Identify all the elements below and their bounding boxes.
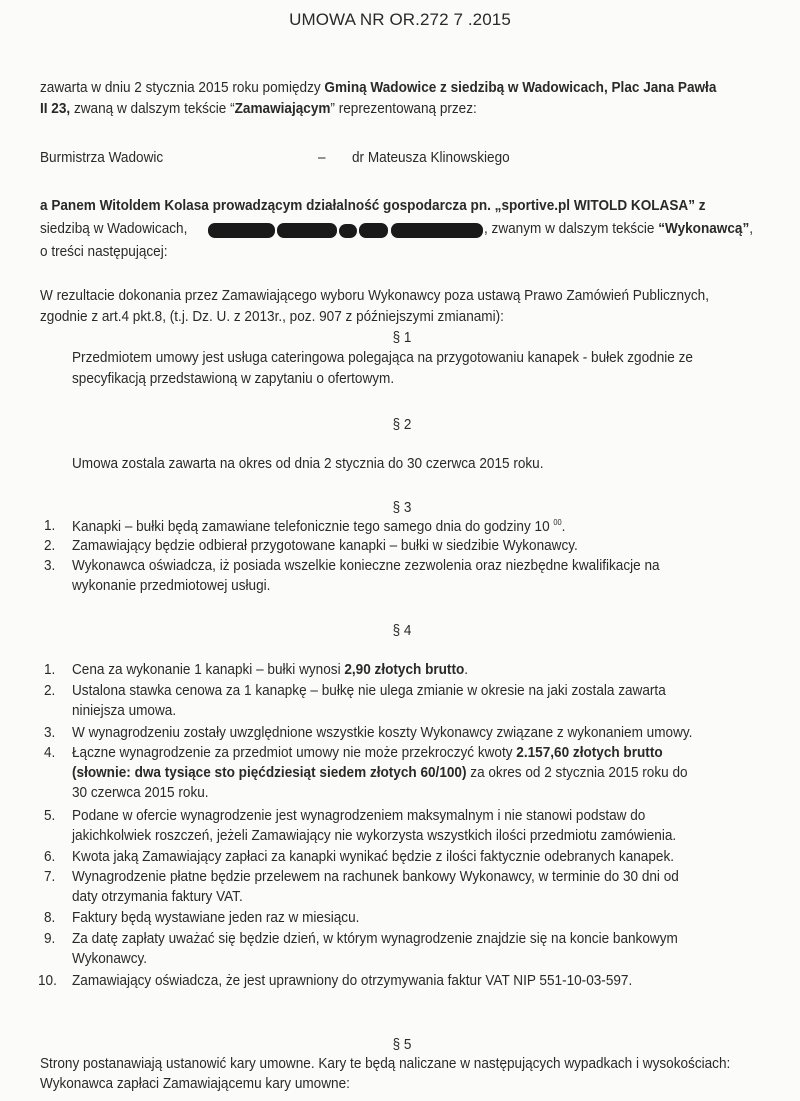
intro-line-1: zawarta w dniu 2 stycznia 2015 roku pomi… (40, 80, 716, 96)
section-4-item-4-cont: (słownie: dwa tysiące sto pięćdziesiąt s… (72, 765, 688, 781)
list-number: 2. (44, 538, 55, 554)
list-number: 1. (44, 518, 55, 534)
section-4-item-4: Łączne wynagrodzenie za przedmiot umowy … (72, 745, 663, 761)
contractor-text: , zwanym w dalszym tekście (484, 221, 658, 237)
section-5-line: Wykonawca zapłaci Zamawiającemu kary umo… (40, 1076, 350, 1092)
section-5-heading: § 5 (375, 1036, 429, 1053)
section-4-item-7-cont: daty otrzymania faktury VAT. (72, 889, 243, 905)
list-number: 6. (44, 849, 55, 865)
list-number: 3. (44, 725, 55, 741)
list-number: 9. (44, 931, 55, 947)
preamble-line-1: W rezultacie dokonania przez Zamawiające… (40, 288, 709, 304)
section-4-item-1: Cena za wykonanie 1 kanapki – bułki wyno… (72, 662, 468, 678)
section-1-heading: § 1 (375, 329, 429, 346)
list-number: 3. (44, 558, 55, 574)
list-number: 7. (44, 869, 55, 885)
section-4-item-9: Za datę zapłaty uważać się będzie dzień,… (72, 931, 678, 947)
representative-name: dr Mateusza Klinowskiego (352, 150, 510, 166)
list-number: 2. (44, 683, 55, 699)
section-3-item-3: Wykonawca oświadcza, iż posiada wszelkie… (72, 558, 660, 574)
redaction-block (359, 223, 388, 238)
section-2-text: Umowa zostala zawarta na okres od dnia 2… (72, 456, 544, 472)
section-4-item-4-cont: 30 czerwca 2015 roku. (72, 785, 209, 801)
section-1-line: Przedmiotem umowy jest usługa cateringow… (72, 350, 693, 366)
list-number: 4. (44, 745, 55, 761)
intro-text: ” reprezentowaną przez: (330, 101, 476, 117)
party-term-ordering: Zamawiającym (235, 101, 331, 117)
section-4-item-8: Faktury będą wystawiane jeden raz w mies… (72, 910, 359, 926)
list-number: 8. (44, 910, 55, 926)
unit-price: 2,90 złotych brutto (344, 662, 464, 678)
superscript: 00 (553, 518, 561, 527)
punctuation: , (749, 221, 753, 237)
redaction-block (208, 223, 275, 238)
item-text: Łączne wynagrodzenie za przedmiot umowy … (72, 745, 516, 761)
redaction-block (277, 223, 337, 238)
municipality-name: Gminą Wadowice z siedzibą w Wadowicach, … (324, 80, 716, 96)
total-amount: 2.157,60 złotych brutto (516, 745, 662, 761)
section-4-item-5: Podane w ofercie wynagrodzenie jest wyna… (72, 808, 645, 824)
section-4-item-6: Kwota jaką Zamawiający zapłaci za kanapk… (72, 849, 674, 865)
section-3-item-1: Kanapki – bułki będą zamawiane telefonic… (72, 518, 565, 535)
section-2-heading: § 2 (375, 416, 429, 433)
section-4-item-9-cont: Wykonawcy. (72, 951, 147, 967)
item-text: za okres od 2 stycznia 2015 roku do (467, 765, 688, 781)
contractor-line-3: o treści następującej: (40, 244, 168, 260)
document-title: UMOWA NR OR.272 7 .2015 (0, 10, 800, 30)
redaction-block (391, 223, 483, 238)
contract-page: UMOWA NR OR.272 7 .2015 zawarta w dniu 2… (0, 0, 800, 1101)
section-3-item-2: Zamawiający będzie odbierał przygotowane… (72, 538, 578, 554)
section-4-item-3: W wynagrodzeniu zostały uwzględnione wsz… (72, 725, 692, 741)
address-number: II 23, (40, 101, 70, 117)
section-1-line: specyfikacją przedstawioną w zapytaniu o… (72, 371, 394, 387)
section-4-item-5-cont: jakichkolwiek roszczeń, jeżeli Zamawiają… (72, 828, 676, 844)
punctuation: . (464, 662, 468, 678)
item-text: Kanapki – bułki będą zamawiane telefonic… (72, 519, 550, 535)
party-term-contractor: “Wykonawcą” (658, 221, 749, 237)
representative-dash: – (318, 150, 326, 166)
section-3-heading: § 3 (375, 499, 429, 516)
section-4-item-2-cont: niniejsza umowa. (72, 703, 176, 719)
contractor-line-1: a Panem Witoldem Kolasa prowadzącym dzia… (40, 198, 706, 214)
punctuation: . (562, 519, 566, 535)
contractor-line-2b: , zwanym w dalszym tekście “Wykonawcą”, (484, 221, 753, 237)
representative-role: Burmistrza Wadowic (40, 150, 163, 166)
intro-text: zwaną w dalszym tekście “ (70, 101, 234, 117)
section-4-item-2: Ustalona stawka cenowa za 1 kanapkę – bu… (72, 683, 666, 699)
contractor-line-2a: siedzibą w Wadowicach, (40, 221, 187, 237)
list-number: 1. (44, 662, 55, 678)
section-5-line: Strony postanawiają ustanowić kary umown… (40, 1056, 730, 1072)
section-4-heading: § 4 (375, 622, 429, 639)
section-4-item-7: Wynagrodzenie płatne będzie przelewem na… (72, 869, 679, 885)
section-4-item-10: Zamawiający oświadcza, że jest uprawnion… (72, 973, 632, 989)
list-number: 10. (38, 973, 57, 989)
section-3-item-3-cont: wykonanie przedmiotowej usługi. (72, 578, 270, 594)
list-number: 5. (44, 808, 55, 824)
item-text: Cena za wykonanie 1 kanapki – bułki wyno… (72, 662, 344, 678)
intro-text: zawarta w dniu 2 stycznia 2015 roku pomi… (40, 80, 324, 96)
preamble-line-2: zgodnie z art.4 pkt.8, (t.j. Dz. U. z 20… (40, 309, 504, 325)
amount-in-words: (słownie: dwa tysiące sto pięćdziesiąt s… (72, 765, 467, 781)
redaction-block (339, 224, 357, 238)
intro-line-2: II 23, zwaną w dalszym tekście “Zamawiaj… (40, 101, 477, 117)
